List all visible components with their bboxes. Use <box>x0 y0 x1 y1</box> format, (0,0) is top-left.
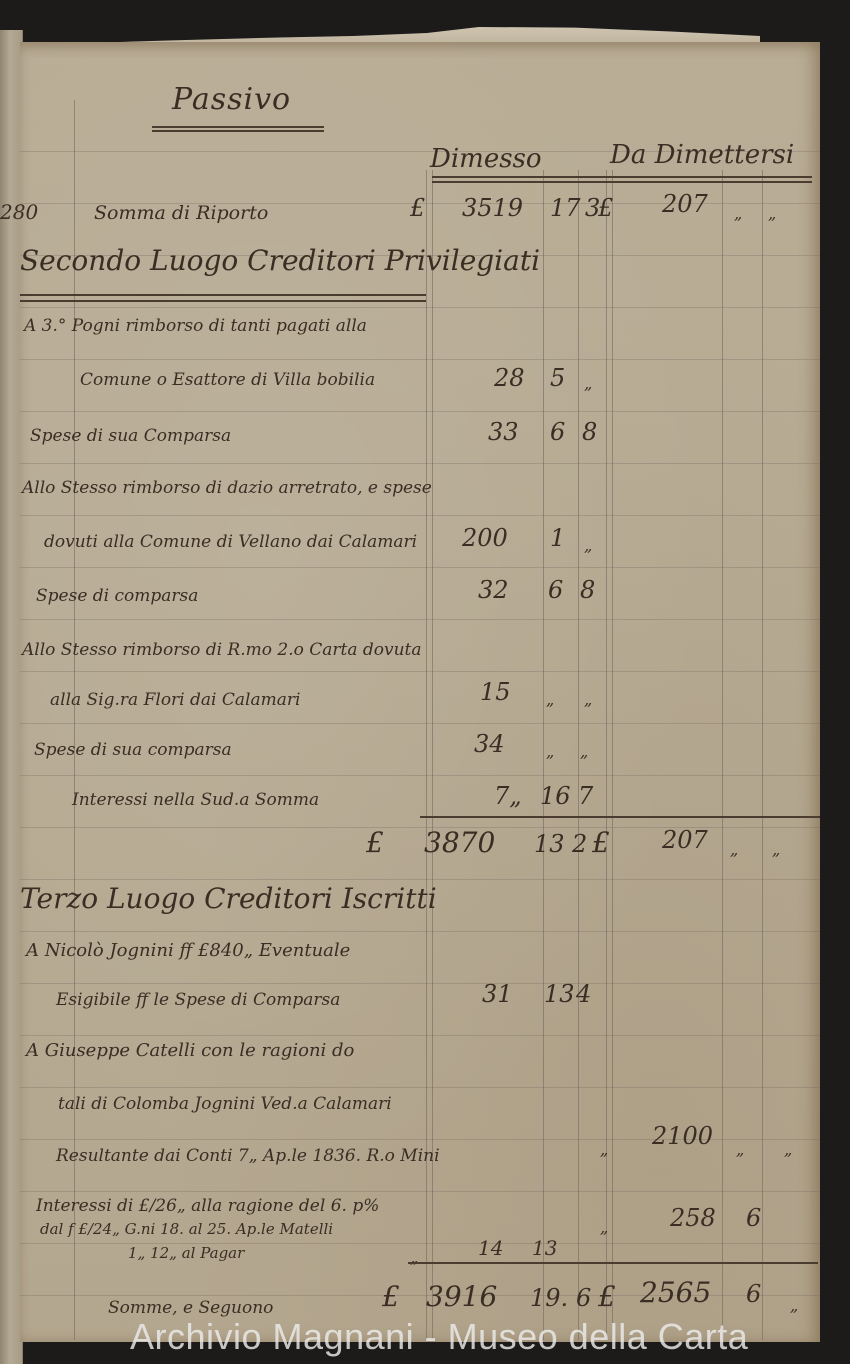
entry-description: Spese di sua comparsa <box>34 740 232 760</box>
archive-watermark: Archivio Magnani - Museo della Carta <box>130 1316 850 1358</box>
opening-dadimettersi-soldi: „ <box>734 204 742 223</box>
total-dadimettersi-soldi: 6 <box>746 1280 761 1308</box>
subtotal-dimesso-denari: 2 <box>572 830 587 858</box>
entry-dimesso-denari: „ <box>584 374 592 393</box>
entry-description: Allo Stesso rimborso di R.mo 2.o Carta d… <box>22 640 422 660</box>
section-underline-2 <box>20 300 426 302</box>
header-underline <box>432 176 812 178</box>
dadimettersi-left-rule <box>606 170 607 1340</box>
header-underline-2 <box>432 181 812 183</box>
total-label: Somme, e Seguono <box>108 1298 273 1318</box>
entry-dimesso-soldi: „ <box>546 690 554 709</box>
entry-dadimettersi-soldi: „ <box>736 1140 744 1159</box>
soldi-rule <box>543 170 544 1340</box>
entry-description: dovuti alla Comune di Vellano dai Calama… <box>44 532 417 552</box>
subtotal-dadimettersi-soldi: „ <box>730 840 738 859</box>
opening-dimesso-lire: 3519 <box>462 194 523 222</box>
entry-dimesso-denari: „ <box>580 742 588 761</box>
entry-dadimettersi-lire: 2100 <box>652 1122 713 1150</box>
margin-note: 280 <box>0 200 38 224</box>
entry-description: Allo Stesso rimborso di dazio arretrato,… <box>22 478 432 498</box>
total-dadimettersi-denari: „ <box>790 1296 798 1315</box>
denari-rule <box>578 170 579 1340</box>
currency-symbol: £ <box>410 194 425 222</box>
currency-symbol-2: £ <box>598 194 613 222</box>
title-underline <box>152 126 324 128</box>
opening-dimesso-soldi: 17 <box>550 194 581 222</box>
entry-dimesso-lire: 200 <box>462 524 508 552</box>
entry-dimesso-lire: 15 <box>480 678 511 706</box>
subtotal-dimesso-lire: 3870 <box>424 826 495 859</box>
entry-description: alla Sig.ra Flori dai Calamari <box>50 690 300 710</box>
entry-description: Esigibile ff le Spese di Comparsa <box>56 990 340 1010</box>
ditto-mark: „ <box>600 1218 608 1237</box>
entry-dimesso-lire: 32 <box>478 576 509 604</box>
total-rule <box>408 1262 818 1264</box>
column-header-da-dimettersi: Da Dimettersi <box>610 140 794 170</box>
entry-dimesso-soldi: 5 <box>550 364 565 392</box>
dadimettersi-left-rule-2 <box>612 170 613 1340</box>
ditto-mark: „ <box>600 1140 608 1159</box>
entry-dadimettersi-denari: „ <box>784 1140 792 1159</box>
entry-description: Comune o Esattore di Villa bobilia <box>80 370 375 390</box>
section-heading-secondo-luogo: Secondo Luogo Creditori Privilegiati <box>20 244 540 277</box>
entry-description: Resultante dai Conti 7„ Ap.le 1836. R.o … <box>56 1146 440 1166</box>
total-dadimettersi-lire: 2565 <box>640 1276 711 1309</box>
entry-description: Spese di sua Comparsa <box>30 426 231 446</box>
subtotal-dadimettersi-lire: 207 <box>662 826 708 854</box>
entry-dimesso-soldi: „ <box>546 742 554 761</box>
total-dimesso-denari: 6 <box>576 1284 591 1312</box>
entry-description: A 3.° Pogni rimborso di tanti pagati all… <box>24 316 367 336</box>
subtotal-rule <box>420 816 820 818</box>
entry-dimesso-lire: 33 <box>488 418 519 446</box>
entry-description: Interessi nella Sud.a Somma <box>72 790 319 810</box>
entry-description: 1„ 12„ al Pagar <box>128 1244 244 1262</box>
currency-symbol-total-2: £ <box>598 1280 616 1313</box>
section-underline <box>20 294 426 296</box>
subtotal-dimesso-soldi: 13 <box>534 830 565 858</box>
entry-dimesso-lire: 14 <box>478 1236 503 1260</box>
entry-dimesso-soldi: 13 <box>532 1236 557 1260</box>
entry-dimesso-denari: 8 <box>580 576 595 604</box>
entry-dimesso-soldi: 1 <box>550 524 565 552</box>
currency-symbol-total: £ <box>382 1280 400 1313</box>
entry-dimesso-lire: 7„ <box>494 782 522 810</box>
denari2-rule <box>762 170 763 1340</box>
entry-dimesso-soldi: 6 <box>550 418 565 446</box>
entry-description: A Giuseppe Catelli con le ragioni do <box>26 1040 354 1061</box>
column-header-dimesso: Dimesso <box>430 144 542 174</box>
entry-dimesso-lire: 34 <box>474 730 505 758</box>
entry-dimesso-denari: „ <box>584 690 592 709</box>
entry-dadimettersi-lire: 258 <box>670 1204 716 1232</box>
entry-dimesso-soldi: 6 <box>548 576 563 604</box>
entry-description: tali di Colomba Jognini Ved.a Calamari <box>58 1094 392 1114</box>
page-title: Passivo <box>172 82 291 117</box>
entry-description: A Nicolò Jognini ff £840„ Eventuale <box>26 940 350 961</box>
entry-dimesso-soldi: 13 <box>544 980 575 1008</box>
entry-dimesso-lire: 31 <box>482 980 513 1008</box>
entry-dimesso-denari: 4 <box>576 980 591 1008</box>
opening-dadimettersi-denari: „ <box>768 204 776 223</box>
entry-dadimettersi-soldi: 6 <box>746 1204 761 1232</box>
entry-description: dal f £/24„ G.ni 18. al 25. Ap.le Matell… <box>40 1220 333 1238</box>
entry-description: Interessi di £/26„ alla ragione del 6. p… <box>36 1196 379 1216</box>
entry-dimesso-lire: 28 <box>494 364 525 392</box>
currency-symbol-subtotal: £ <box>366 826 384 859</box>
currency-symbol-subtotal-2: £ <box>592 826 610 859</box>
soldi2-rule <box>722 170 723 1340</box>
opening-dadimettersi-lire: 207 <box>662 190 708 218</box>
section-heading-terzo-luogo: Terzo Luogo Creditori Iscritti <box>20 882 437 915</box>
entry-dimesso-denari: 7 <box>578 782 593 810</box>
ditto-mark: „ <box>410 1248 418 1267</box>
entry-dimesso-soldi: 16 <box>540 782 571 810</box>
entry-description: Spese di comparsa <box>36 586 198 606</box>
subtotal-dadimettersi-denari: „ <box>772 840 780 859</box>
total-dimesso-soldi: 19. <box>530 1284 568 1312</box>
entry-dimesso-denari: 8 <box>582 418 597 446</box>
total-dimesso-lire: 3916 <box>426 1280 497 1313</box>
opening-row-description: Somma di Riporto <box>94 202 268 224</box>
entry-dimesso-denari: „ <box>584 536 592 555</box>
title-underline-2 <box>152 130 324 132</box>
